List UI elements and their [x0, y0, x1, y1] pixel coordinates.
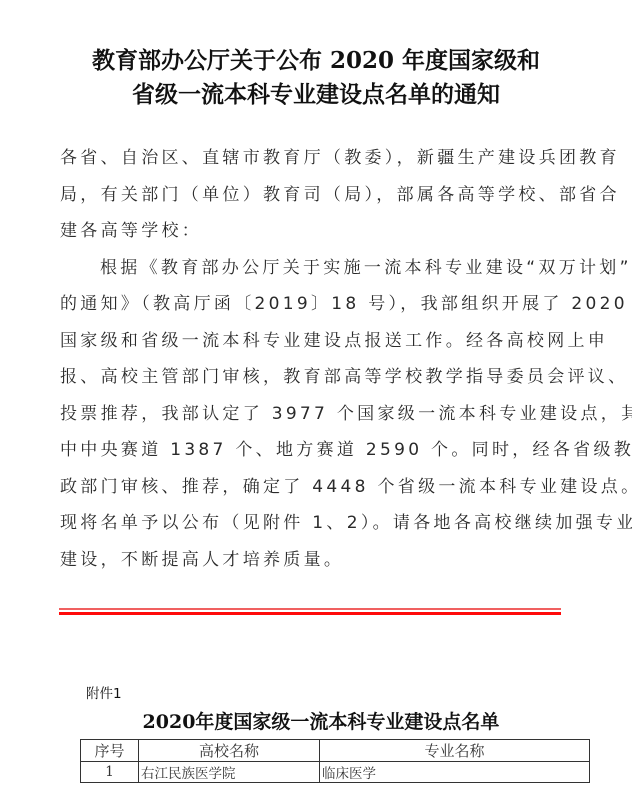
paragraph-line: 中中央赛道 1387 个、地方赛道 2590 个。同时，经各省级教育行 [60, 432, 490, 469]
cell-major-name: 临床医学 [320, 762, 590, 783]
salutation-line: 局，有关部门（单位）教育司（局），部属各高等学校、部省合 [60, 177, 490, 214]
paragraph-line: 报、高校主管部门审核，教育部高等学校教学指导委员会评议、 [60, 359, 490, 396]
notice-title-line-1: 教育部办公厅关于公布 2020 年度国家级和 [0, 44, 632, 78]
paragraph-line: 根据《教育部办公厅关于实施一流本科专业建设“双万计划” [60, 250, 490, 287]
paragraph-line: 现将名单予以公布（见附件 1、2）。请各地各高校继续加强专业 [60, 505, 490, 542]
cell-school-name: 右江民族医学院 [139, 762, 320, 783]
paragraph-line: 的通知》（教高厅函〔2019〕18 号），我部组织开展了 2020 年度 [60, 286, 490, 323]
salutation-line: 各省、自治区、直辖市教育厅（教委），新疆生产建设兵团教育 [60, 140, 490, 177]
attachment-label: 附件1 [86, 682, 122, 702]
cell-seq: 1 [81, 762, 139, 783]
attachment-title: 2020年度国家级一流本科专业建设点名单 [0, 707, 632, 734]
attachment-title-text: 2020年度国家级一流本科专业建设点名单 [143, 711, 500, 733]
paragraph-line: 投票推荐，我部认定了 3977 个国家级一流本科专业建设点，其 [60, 396, 490, 433]
red-divider-thick [59, 612, 561, 615]
header-major-name: 专业名称 [320, 740, 590, 762]
header-seq: 序号 [81, 740, 139, 762]
attachment-table: 序号 高校名称 专业名称 1 右江民族医学院 临床医学 [80, 739, 590, 783]
table-row: 1 右江民族医学院 临床医学 [81, 762, 590, 783]
table-header-row: 序号 高校名称 专业名称 [81, 740, 590, 762]
red-divider-thin [59, 608, 561, 610]
paragraph-line: 政部门审核、推荐，确定了 4448 个省级一流本科专业建设点。 [60, 469, 490, 506]
salutation-line: 建各高等学校： [60, 213, 490, 250]
notice-body: 各省、自治区、直辖市教育厅（教委），新疆生产建设兵团教育 局，有关部门（单位）教… [60, 140, 490, 578]
notice-title-line-2: 省级一流本科专业建设点名单的通知 [0, 78, 632, 112]
paragraph-line: 国家级和省级一流本科专业建设点报送工作。经各高校网上申 [60, 323, 490, 360]
notice-title: 教育部办公厅关于公布 2020 年度国家级和 省级一流本科专业建设点名单的通知 [0, 44, 632, 112]
header-school-name: 高校名称 [139, 740, 320, 762]
paragraph-line: 建设，不断提高人才培养质量。 [60, 542, 490, 579]
